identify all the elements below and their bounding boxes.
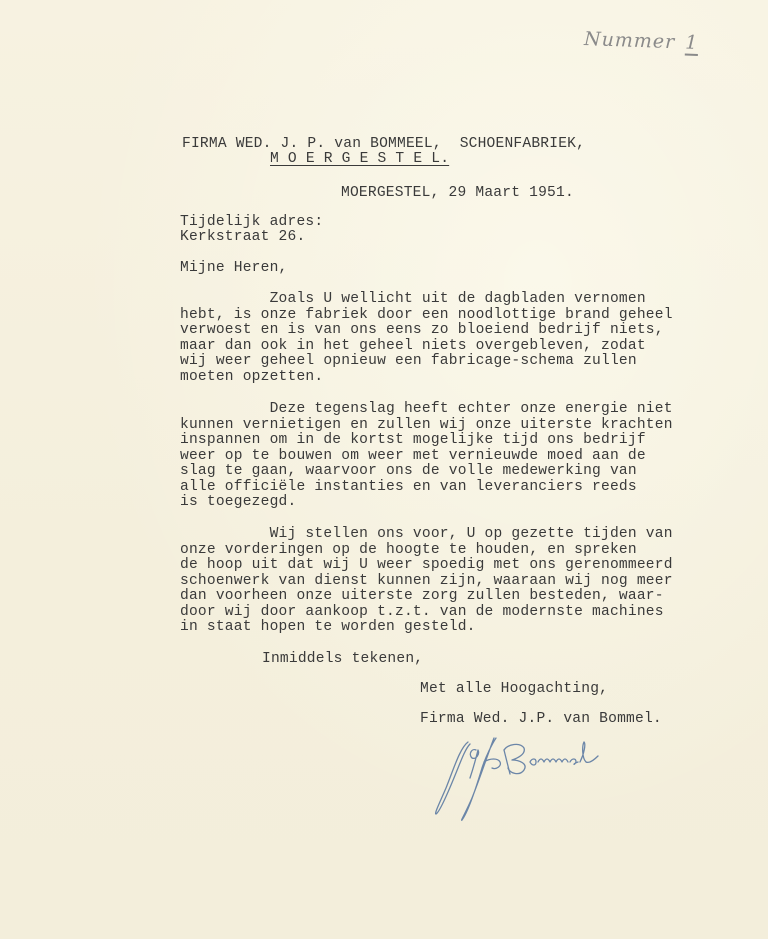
paragraph-line: hebt, is onze fabriek door een noodlotti… bbox=[180, 308, 650, 324]
closing-pre: Inmiddels tekenen, bbox=[262, 652, 423, 668]
paragraph-line: Deze tegenslag heeft echter onze energie… bbox=[180, 402, 650, 418]
closing-firm: Firma Wed. J.P. van Bommel. bbox=[420, 712, 662, 728]
paragraph-line: schoenwerk van dienst kunnen zijn, waara… bbox=[180, 574, 650, 590]
paragraph-line: moeten opzetten. bbox=[180, 370, 650, 386]
paragraph-line: Zoals U wellicht uit de dagbladen vernom… bbox=[180, 292, 650, 308]
dateline: MOERGESTEL, 29 Maart 1951. bbox=[341, 186, 574, 202]
paragraph-line: Wij stellen ons voor, U op gezette tijde… bbox=[180, 527, 650, 543]
letterhead-town: M O E R G E S T E L. bbox=[270, 152, 449, 168]
paragraph-line: alle officiële instanties en van leveran… bbox=[180, 480, 650, 496]
paragraph-line: weer op te bouwen om weer met vernieuwde… bbox=[180, 449, 650, 465]
paragraph-line: onze vorderingen op de hoogte te houden,… bbox=[180, 543, 650, 559]
paragraph-1: Zoals U wellicht uit de dagbladen vernom… bbox=[180, 292, 650, 385]
paragraph-line: door wij door aankoop t.z.t. van de mode… bbox=[180, 605, 650, 621]
annotation-number: 1 bbox=[685, 32, 699, 54]
paragraph-line: de hoop uit dat wij U weer spoedig met o… bbox=[180, 558, 650, 574]
closing-regards: Met alle Hoogachting, bbox=[420, 682, 608, 698]
signature-icon bbox=[420, 728, 620, 828]
temp-address-street: Kerkstraat 26. bbox=[180, 230, 305, 246]
paragraph-line: dan voorheen onze uiterste zorg zullen b… bbox=[180, 589, 650, 605]
paragraph-line: wij weer geheel opnieuw een fabricage-sc… bbox=[180, 354, 650, 370]
paragraph-line: kunnen vernietigen en zullen wij onze ui… bbox=[180, 418, 650, 434]
paragraph-line: maar dan ook in het geheel niets overgeb… bbox=[180, 339, 650, 355]
paragraph-line: inspannen om in de kortst mogelijke tijd… bbox=[180, 433, 650, 449]
paragraph-line: verwoest en is van ons eens zo bloeiend … bbox=[180, 323, 650, 339]
paragraph-2: Deze tegenslag heeft echter onze energie… bbox=[180, 402, 650, 511]
handwritten-annotation: Nummer1 bbox=[584, 28, 699, 54]
paragraph-line: in staat hopen te worden gesteld. bbox=[180, 620, 650, 636]
paragraph-line: is toegezegd. bbox=[180, 495, 650, 511]
paragraph-3: Wij stellen ons voor, U op gezette tijde… bbox=[180, 527, 650, 636]
annotation-text: Nummer bbox=[584, 28, 676, 53]
paragraph-line: slag te gaan, waarvoor ons de volle mede… bbox=[180, 464, 650, 480]
salutation: Mijne Heren, bbox=[180, 261, 288, 277]
